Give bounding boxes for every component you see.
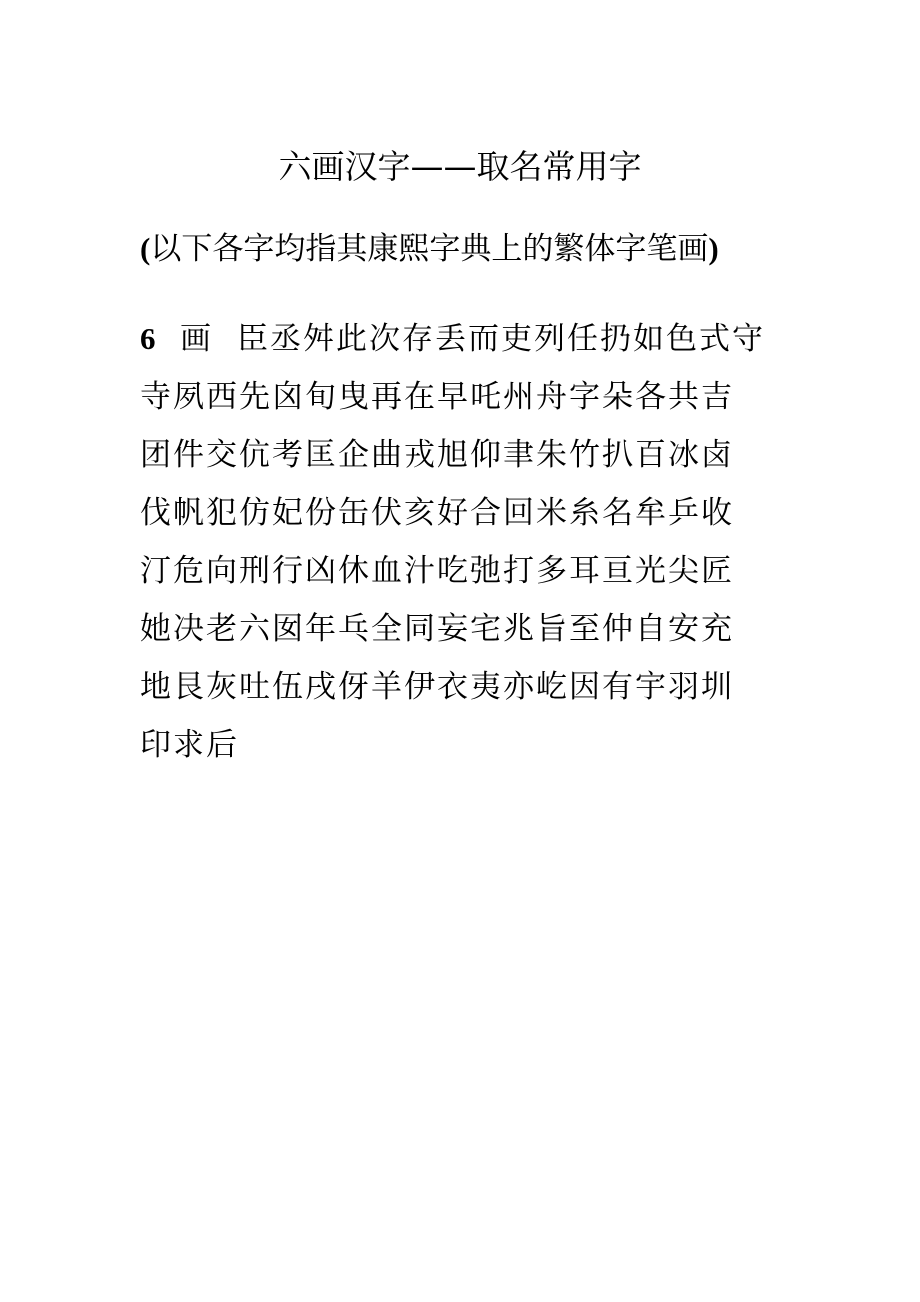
character-line: 汀危向刑行凶休血汁吃弛打多耳亘光尖匠 <box>140 542 800 600</box>
document-title: 六画汉字——取名常用字 <box>0 142 920 192</box>
subtitle-open-paren: ( <box>140 231 150 266</box>
character-line: 地艮灰吐伍戌伢羊伊衣夷亦屹因有宇羽圳 <box>140 658 800 716</box>
document-subtitle: (以下各字均指其康熙字典上的繁体字笔画) <box>140 224 800 274</box>
character-line: 6画臣丞舛此次存丢而吏列任扔如色式守 <box>140 310 800 368</box>
stroke-count: 6 <box>140 310 168 368</box>
subtitle-text: 以下各字均指其康熙字典上的繁体字笔画 <box>150 231 708 267</box>
character-line: 团件交伉考匡企曲戎旭仰聿朱竹扒百冰卤 <box>140 426 800 484</box>
character-line: 伐帆犯仿妃份缶伏亥好合回米糸名牟乒收 <box>140 484 800 542</box>
subtitle-close-paren: ) <box>708 231 718 266</box>
character-line: 印求后 <box>140 716 800 774</box>
character-line: 她决老六囡年乓全同妄宅兆旨至仲自安充 <box>140 600 800 658</box>
character-line: 寺夙西先囟旬曳再在早吒州舟字朵各共吉 <box>140 368 800 426</box>
character-list: 6画臣丞舛此次存丢而吏列任扔如色式守 寺夙西先囟旬曳再在早吒州舟字朵各共吉 团件… <box>140 310 800 774</box>
document-page: 六画汉字——取名常用字 (以下各字均指其康熙字典上的繁体字笔画) 6画臣丞舛此次… <box>0 0 920 1302</box>
stroke-unit: 画 <box>180 310 213 368</box>
character-line-text: 臣丞舛此次存丢而吏列任扔如色式守 <box>237 321 765 357</box>
